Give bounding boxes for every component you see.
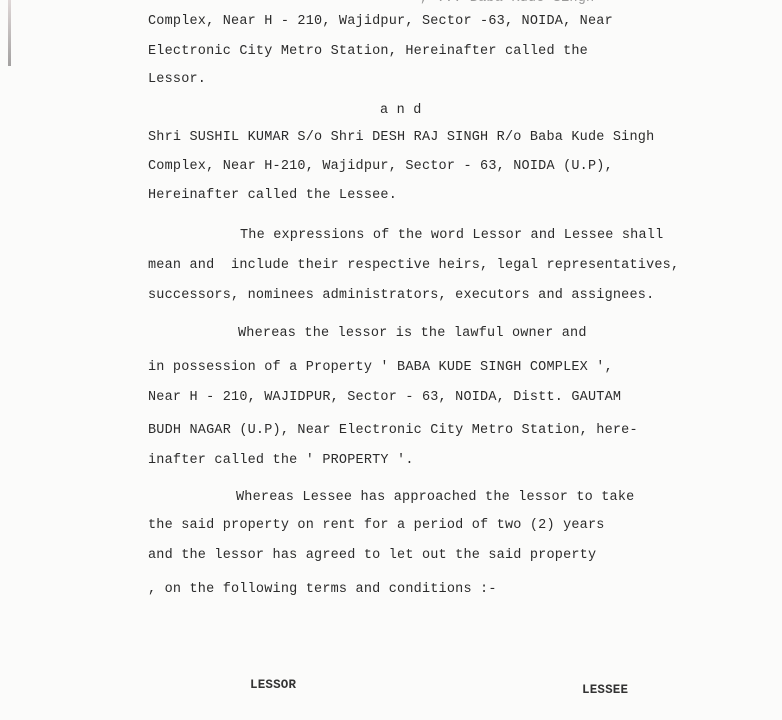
expressions-line-1: The expressions of the word Lessor and L… xyxy=(240,228,663,243)
owner-line-1: Whereas the lessor is the lawful owner a… xyxy=(238,326,587,341)
lessee-line-3: Hereinafter called the Lessee. xyxy=(148,188,397,203)
lessor-signature-label: LESSOR xyxy=(250,678,296,692)
lessee-approach-line-2: the said property on rent for a period o… xyxy=(148,518,605,533)
lessor-address-line-2: Electronic City Metro Station, Hereinaft… xyxy=(148,44,588,59)
owner-line-5: inafter called the ' PROPERTY '. xyxy=(148,453,414,468)
document-page: , ... Baba Kude Singh Complex, Near H - … xyxy=(0,0,782,720)
lessee-approach-line-3: and the lessor has agreed to let out the… xyxy=(148,548,596,563)
cut-off-line: , ... Baba Kude Singh xyxy=(420,0,594,6)
lessor-address-line-1: Complex, Near H - 210, Wajidpur, Sector … xyxy=(148,14,613,29)
lessee-line-2: Complex, Near H-210, Wajidpur, Sector - … xyxy=(148,159,613,174)
lessee-line-1: Shri SUSHIL KUMAR S/o Shri DESH RAJ SING… xyxy=(148,130,654,145)
and-separator: a n d xyxy=(380,103,422,118)
lessee-signature-label: LESSEE xyxy=(582,683,628,697)
owner-line-4: BUDH NAGAR (U.P), Near Electronic City M… xyxy=(148,423,638,438)
owner-line-2: in possession of a Property ' BABA KUDE … xyxy=(148,360,613,375)
expressions-line-3: successors, nominees administrators, exe… xyxy=(148,288,654,303)
expressions-line-2: mean and include their respective heirs,… xyxy=(148,258,679,273)
owner-line-3: Near H - 210, WAJIDPUR, Sector - 63, NOI… xyxy=(148,390,621,405)
page-edge-mark xyxy=(8,0,11,66)
lessor-label-line: Lessor. xyxy=(148,72,206,87)
lessee-approach-line-1: Whereas Lessee has approached the lessor… xyxy=(236,490,634,505)
lessee-approach-line-4: , on the following terms and conditions … xyxy=(148,582,497,597)
